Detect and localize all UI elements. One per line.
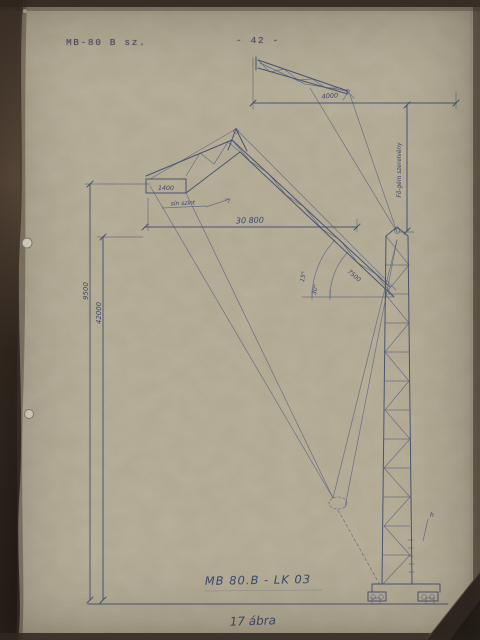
right-edge [473,0,480,640]
punch-hole-bottom [25,410,34,419]
punch-hole-top [22,238,32,248]
top-edge [0,0,480,7]
edge-speck [23,9,27,13]
bottom-edge [0,633,480,640]
grain-overlay [0,0,480,640]
page-number: - 42 - [236,35,280,46]
document-reference: MB-80 B sz. [66,37,146,48]
top-edge-fade [0,7,480,11]
scan-canvas: 4000 Fő-gém szerelvény 1400 [0,0,480,640]
scanned-document-page: 4000 Fő-gém szerelvény 1400 [0,0,480,640]
